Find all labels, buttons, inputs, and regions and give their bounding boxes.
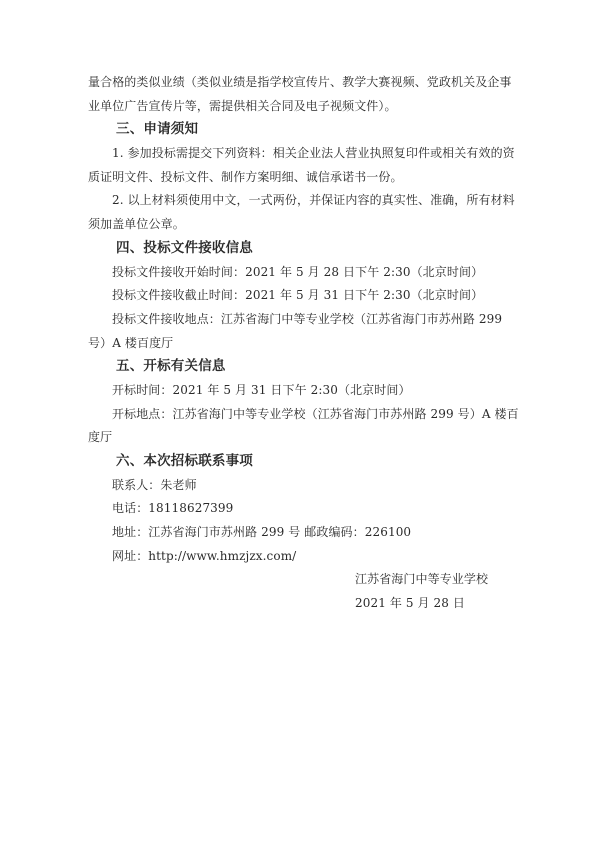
text-line: 度厅 [88, 426, 514, 450]
section-heading-5: 五、开标有关信息 [88, 355, 514, 379]
bid-receive-location: 投标文件接收地点：江苏省海门中等专业学校（江苏省海门市苏州路 299 [88, 308, 514, 332]
section-heading-6: 六、本次招标联系事项 [88, 450, 514, 474]
text-line: 须加盖单位公章。 [88, 213, 514, 237]
section-heading-3: 三、申请须知 [88, 118, 514, 142]
signature-date: 2021 年 5 月 28 日 [88, 592, 514, 616]
text-line: 1. 参加投标需提交下列资料：相关企业法人营业执照复印件或相关有效的资 [88, 142, 514, 166]
contact-phone: 电话：18118627399 [88, 497, 514, 521]
text-line: 量合格的类似业绩（类似业绩是指学校宣传片、教学大赛视频、党政机关及企事 [88, 71, 514, 95]
bid-receive-deadline: 投标文件接收截止时间：2021 年 5 月 31 日下午 2:30（北京时间） [88, 284, 514, 308]
bid-open-location: 开标地点：江苏省海门中等专业学校（江苏省海门市苏州路 299 号）A 楼百 [88, 403, 514, 427]
section-heading-4: 四、投标文件接收信息 [88, 237, 514, 261]
text-line: 业单位广告宣传片等，需提供相关合同及电子视频文件）。 [88, 95, 514, 119]
contact-address: 地址：江苏省海门市苏州路 299 号 邮政编码：226100 [88, 521, 514, 545]
signature-organization: 江苏省海门中等专业学校 [88, 568, 514, 592]
document-body: 量合格的类似业绩（类似业绩是指学校宣传片、教学大赛视频、党政机关及企事 业单位广… [88, 71, 514, 616]
contact-website: 网址：http://www.hmzjzx.com/ [88, 545, 514, 569]
bid-receive-start-time: 投标文件接收开始时间：2021 年 5 月 28 日下午 2:30（北京时间） [88, 261, 514, 285]
bid-open-time: 开标时间：2021 年 5 月 31 日下午 2:30（北京时间） [88, 379, 514, 403]
text-line: 2. 以上材料须使用中文，一式两份，并保证内容的真实性、准确，所有材料 [88, 189, 514, 213]
document-page: 量合格的类似业绩（类似业绩是指学校宣传片、教学大赛视频、党政机关及企事 业单位广… [0, 0, 600, 848]
text-line: 号）A 楼百度厅 [88, 332, 514, 356]
text-line: 质证明文件、投标文件、制作方案明细、诚信承诺书一份。 [88, 166, 514, 190]
contact-person: 联系人：朱老师 [88, 474, 514, 498]
